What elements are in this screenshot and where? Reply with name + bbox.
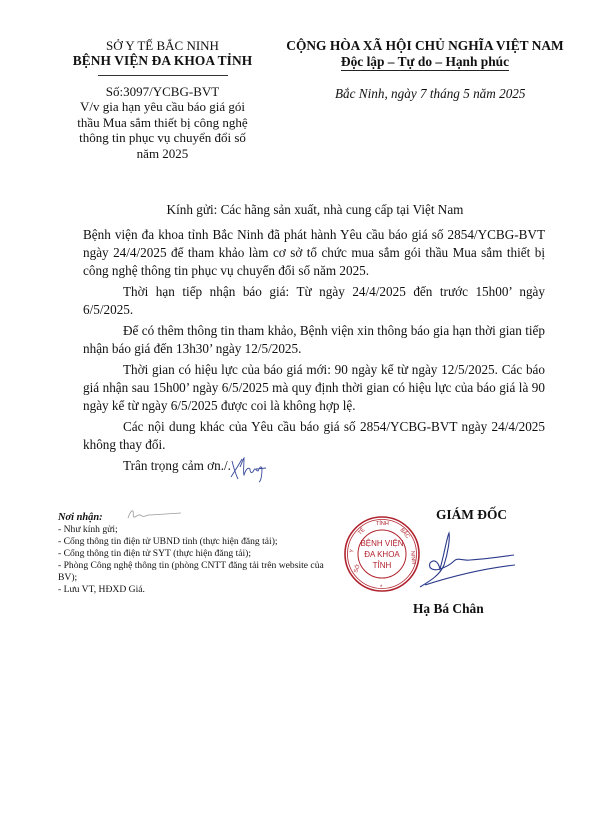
subject-line: V/v gia hạn yêu cầu báo giá gói: [55, 99, 270, 115]
letter-body: Bệnh viện đa khoa tỉnh Bắc Ninh đã phát …: [83, 226, 545, 478]
body-paragraph: Thời hạn tiếp nhận báo giá: Từ ngày 24/4…: [83, 283, 545, 319]
recipient-line: Kính gửi: Các hãng sản xuất, nhà cung cấ…: [0, 202, 593, 218]
subject-line: thông tin phục vụ chuyển đổi số: [55, 130, 270, 146]
distribution-item: - Cổng thông tin điện tử SYT (thực hiện …: [58, 548, 338, 560]
motto: Độc lập – Tự do – Hạnh phúc: [275, 54, 575, 70]
subject-line: thầu Mua sắm thiết bị công nghệ: [55, 115, 270, 131]
subject-line: năm 2025: [55, 146, 270, 162]
initials-signature-icon: [228, 455, 273, 483]
body-paragraph: Bệnh viện đa khoa tỉnh Bắc Ninh đã phát …: [83, 226, 545, 280]
place-date: Bắc Ninh, ngày 7 tháng 5 năm 2025: [335, 86, 525, 102]
svg-text:TỈNH: TỈNH: [376, 520, 389, 527]
distribution-list: Nơi nhận: - Như kính gửi; - Cổng thông t…: [58, 512, 338, 596]
svg-text:TẾ: TẾ: [356, 526, 366, 536]
body-paragraph: Để có thêm thông tin tham khảo, Bệnh việ…: [83, 322, 545, 358]
national-title: CỘNG HÒA XÃ HỘI CHỦ NGHĨA VIỆT NAM: [275, 38, 575, 54]
distribution-item: - Như kính gửi;: [58, 524, 338, 536]
svg-text:*: *: [380, 585, 383, 591]
document-number: Số:3097/YCBG-BVT: [55, 84, 270, 99]
body-paragraph: Thời gian có hiệu lực của báo giá mới: 9…: [83, 361, 545, 415]
header-divider: [98, 75, 228, 76]
svg-text:Y: Y: [349, 548, 356, 553]
distribution-item: - Cổng thông tin điện tử UBND tỉnh (thực…: [58, 536, 338, 548]
closing-line: Trân trọng cảm ơn./.: [83, 457, 545, 475]
motto-text: Độc lập – Tự do – Hạnh phúc: [341, 54, 509, 71]
distribution-item: - Lưu VT, HĐXD Giá.: [58, 584, 338, 596]
department-name: SỞ Y TẾ BẮC NINH: [55, 38, 270, 53]
handwritten-signature-icon: [410, 525, 520, 595]
distribution-initials-icon: [126, 508, 186, 522]
signer-name: Hạ Bá Chân: [413, 601, 484, 617]
organization-name: BỆNH VIỆN ĐA KHOA TỈNH: [55, 53, 270, 69]
signer-position: GIÁM ĐỐC: [436, 507, 507, 523]
distribution-item: - Phòng Công nghệ thông tin (phòng CNTT …: [58, 560, 338, 584]
svg-text:TỈNH: TỈNH: [373, 561, 392, 570]
svg-text:BỆNH VIỆN: BỆNH VIỆN: [360, 539, 403, 548]
svg-text:ĐA KHOA: ĐA KHOA: [364, 550, 400, 559]
distribution-title: Nơi nhận:: [58, 512, 338, 524]
body-paragraph: Các nội dung khác của Yêu cầu báo giá số…: [83, 418, 545, 454]
issuer-header: SỞ Y TẾ BẮC NINH BỆNH VIỆN ĐA KHOA TỈNH …: [55, 38, 270, 161]
national-header: CỘNG HÒA XÃ HỘI CHỦ NGHĨA VIỆT NAM Độc l…: [275, 38, 575, 70]
